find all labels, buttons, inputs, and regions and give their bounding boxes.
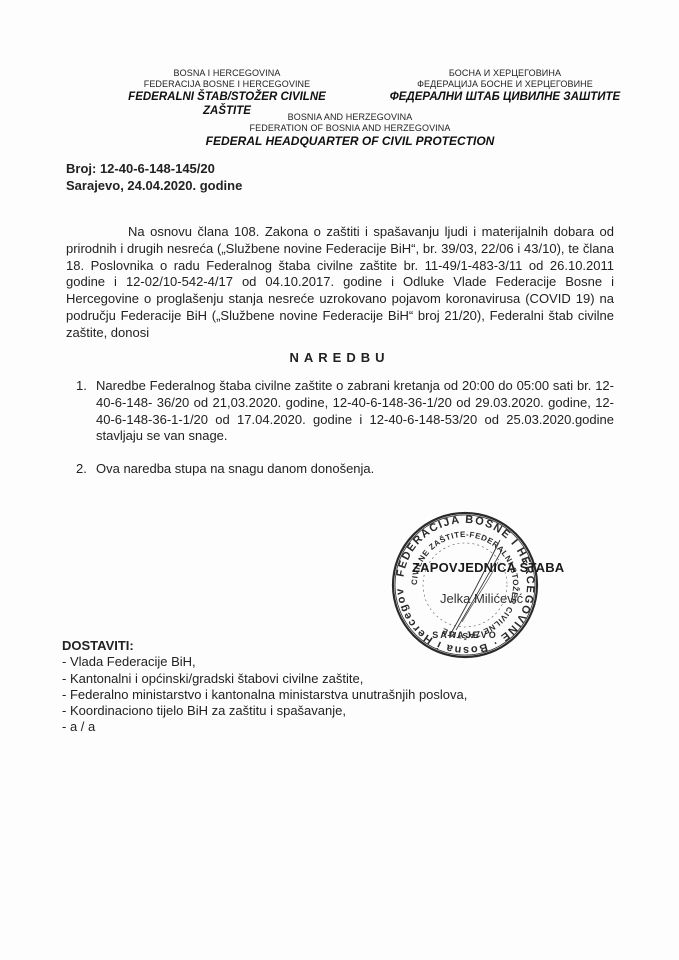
distribution-heading: DOSTAVITI: xyxy=(62,638,467,654)
place-date: Sarajevo, 24.04.2020. godine xyxy=(66,177,242,194)
order-text: Ova naredba stupa na snagu danom donošen… xyxy=(96,461,374,476)
distribution-item: - Kantonalni i općinski/gradski štabovi … xyxy=(62,671,467,687)
order-number: 2. xyxy=(76,461,87,478)
distribution-item: - Koordinaciono tijelo BiH za zaštitu i … xyxy=(62,703,467,719)
header-english: BOSNIA AND HERZEGOVINA FEDERATION OF BOS… xyxy=(200,112,500,148)
header-latin: BOSNA I HERCEGOVINA FEDERACIJA BOSNE I H… xyxy=(112,68,342,118)
header-institution: ФЕДЕРАЛНИ ШТАБ ЦИВИЛНЕ ЗАШТИТЕ xyxy=(385,90,625,104)
document-page: BOSNA I HERCEGOVINA FEDERACIJA BOSNE I H… xyxy=(0,0,679,960)
header-country: BOSNIA AND HERZEGOVINA xyxy=(200,112,500,123)
order-item: 1. Naredbe Federalnog štaba civilne zašt… xyxy=(66,378,614,445)
header-institution: FEDERAL HEADQUARTER OF CIVIL PROTECTION xyxy=(200,134,500,148)
preamble-text: Na osnovu člana 108. Zakona o zaštiti i … xyxy=(66,224,614,340)
header-country: БОСНА И ХЕРЦЕГОВИНА xyxy=(385,68,625,79)
distribution-item: - Federalno ministarstvo i kantonalna mi… xyxy=(62,687,467,703)
signatory-title: ZAPOVJEDNICA ŠTABA xyxy=(412,560,564,575)
header-federation: FEDERATION OF BOSNIA AND HERZEGOVINA xyxy=(200,123,500,134)
order-text: Naredbe Federalnog štaba civilne zaštite… xyxy=(96,378,614,443)
distribution-list: DOSTAVITI: - Vlada Federacije BiH, - Kan… xyxy=(62,638,467,736)
document-reference: Broj: 12-40-6-148-145/20 Sarajevo, 24.04… xyxy=(66,160,242,194)
header-federation: ФЕДЕРАЦИЈА БОСНЕ И ХЕРЦЕГОВИНЕ xyxy=(385,79,625,90)
order-item: 2. Ova naredba stupa na snagu danom dono… xyxy=(66,461,614,478)
header-country: BOSNA I HERCEGOVINA xyxy=(112,68,342,79)
order-list: 1. Naredbe Federalnog štaba civilne zašt… xyxy=(66,378,614,478)
header-federation: FEDERACIJA BOSNE I HERCEGOVINE xyxy=(112,79,342,90)
preamble: Na osnovu člana 108. Zakona o zaštiti i … xyxy=(66,224,614,342)
order-number: 1. xyxy=(76,378,87,395)
stamp-inner-text: CIVILNE ZAŠTITE-FEDERALNI STOŽER CIVILNE… xyxy=(410,530,520,640)
header-cyrillic: БОСНА И ХЕРЦЕГОВИНА ФЕДЕРАЦИЈА БОСНЕ И Х… xyxy=(385,68,625,104)
svg-text:CIVILNE ZAŠTITE-FEDERALNI STOŽ: CIVILNE ZAŠTITE-FEDERALNI STOŽER CIVILNE… xyxy=(410,530,520,640)
signatory-name: Jelka Milićević xyxy=(440,591,523,606)
document-title: NAREDBU xyxy=(0,350,679,365)
distribution-item: - a / a xyxy=(62,719,467,735)
distribution-item: - Vlada Federacije BiH, xyxy=(62,654,467,670)
reference-number: Broj: 12-40-6-148-145/20 xyxy=(66,160,242,177)
